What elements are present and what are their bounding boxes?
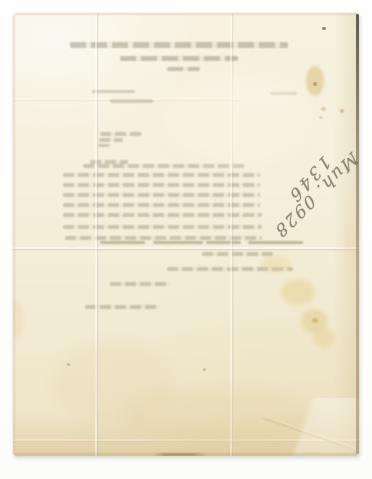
paper-stain <box>123 388 313 443</box>
show-through-text-line <box>63 213 262 217</box>
show-through-text-line <box>99 138 123 142</box>
show-through-text-line <box>92 90 135 93</box>
show-through-text-line <box>83 164 245 168</box>
horizontal-fold-crease <box>13 247 359 249</box>
paper-stain <box>203 368 206 371</box>
scan-background: Muh. 0928 1346 <box>0 0 372 479</box>
paper-stain <box>261 255 291 273</box>
show-through-text-line <box>98 144 111 147</box>
show-through-text-line <box>110 282 170 286</box>
show-through-text-line <box>248 241 303 244</box>
show-through-text-line <box>63 225 262 229</box>
paper-stain <box>313 82 317 86</box>
show-through-text-line <box>167 67 200 71</box>
paper-edge-left <box>13 15 15 454</box>
show-through-text-line <box>100 132 142 136</box>
paper-stain <box>322 27 326 30</box>
show-through-text-line <box>206 241 241 244</box>
paper-stain <box>319 116 323 119</box>
show-through-text-line <box>70 42 288 48</box>
paper-edge-top <box>15 13 357 15</box>
paper-stain <box>313 328 335 348</box>
paper-edge-bottom <box>15 453 357 456</box>
show-through-text-line <box>120 56 238 61</box>
letter-paper: Muh. 0928 1346 <box>13 13 359 456</box>
show-through-text-line <box>100 241 145 244</box>
paper-stain <box>281 279 315 305</box>
paper-stain <box>321 107 326 111</box>
paper-stain <box>163 73 313 163</box>
paper-stain <box>312 318 318 323</box>
paper-edge-shadow <box>356 14 359 454</box>
show-through-text-line <box>202 252 273 256</box>
paper-stain <box>306 66 324 96</box>
show-through-text-line <box>153 241 203 244</box>
paper-stain <box>340 109 344 113</box>
